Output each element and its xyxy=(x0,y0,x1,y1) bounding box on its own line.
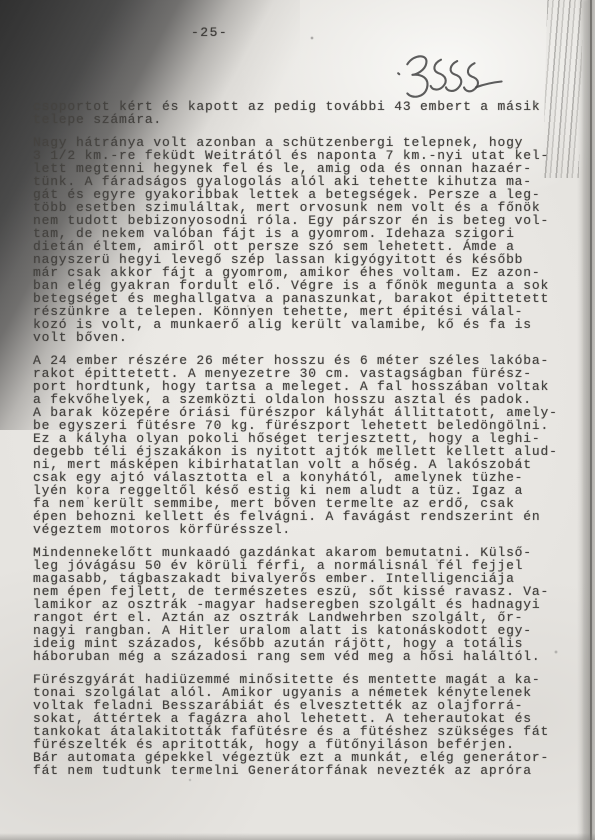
text-line: háboruban még a századosi rang sem véd m… xyxy=(33,650,581,663)
paragraph: csoportot kért és kapott az pedig tovább… xyxy=(33,100,581,126)
page-number: -25- xyxy=(191,25,228,40)
document-body: csoportot kért és kapott az pedig tovább… xyxy=(33,100,581,787)
paragraph: Mindennekelőtt munkaadó gazdánkat akarom… xyxy=(33,546,581,663)
bottom-edge-shadow xyxy=(0,833,595,840)
paragraph: A 24 ember részére 26 méter hosszu és 6 … xyxy=(33,354,581,536)
paragraph: Fürészgyárát hadiüzemmé minősitette és m… xyxy=(33,673,581,777)
scanned-document-page: -25- 3555 csoportot kért és kapott az pe… xyxy=(0,0,595,840)
text-line: végeztem motoros körfürésszel. xyxy=(33,523,581,536)
page-edge-line xyxy=(590,0,592,840)
paragraph: Nagy hátránya volt azonban a schützenber… xyxy=(33,136,581,344)
text-line: telepe számára. xyxy=(33,113,581,126)
text-line: fát nem tudtunk termelni Generátorfának … xyxy=(33,764,581,777)
text-line: volt bőven. xyxy=(33,331,581,344)
